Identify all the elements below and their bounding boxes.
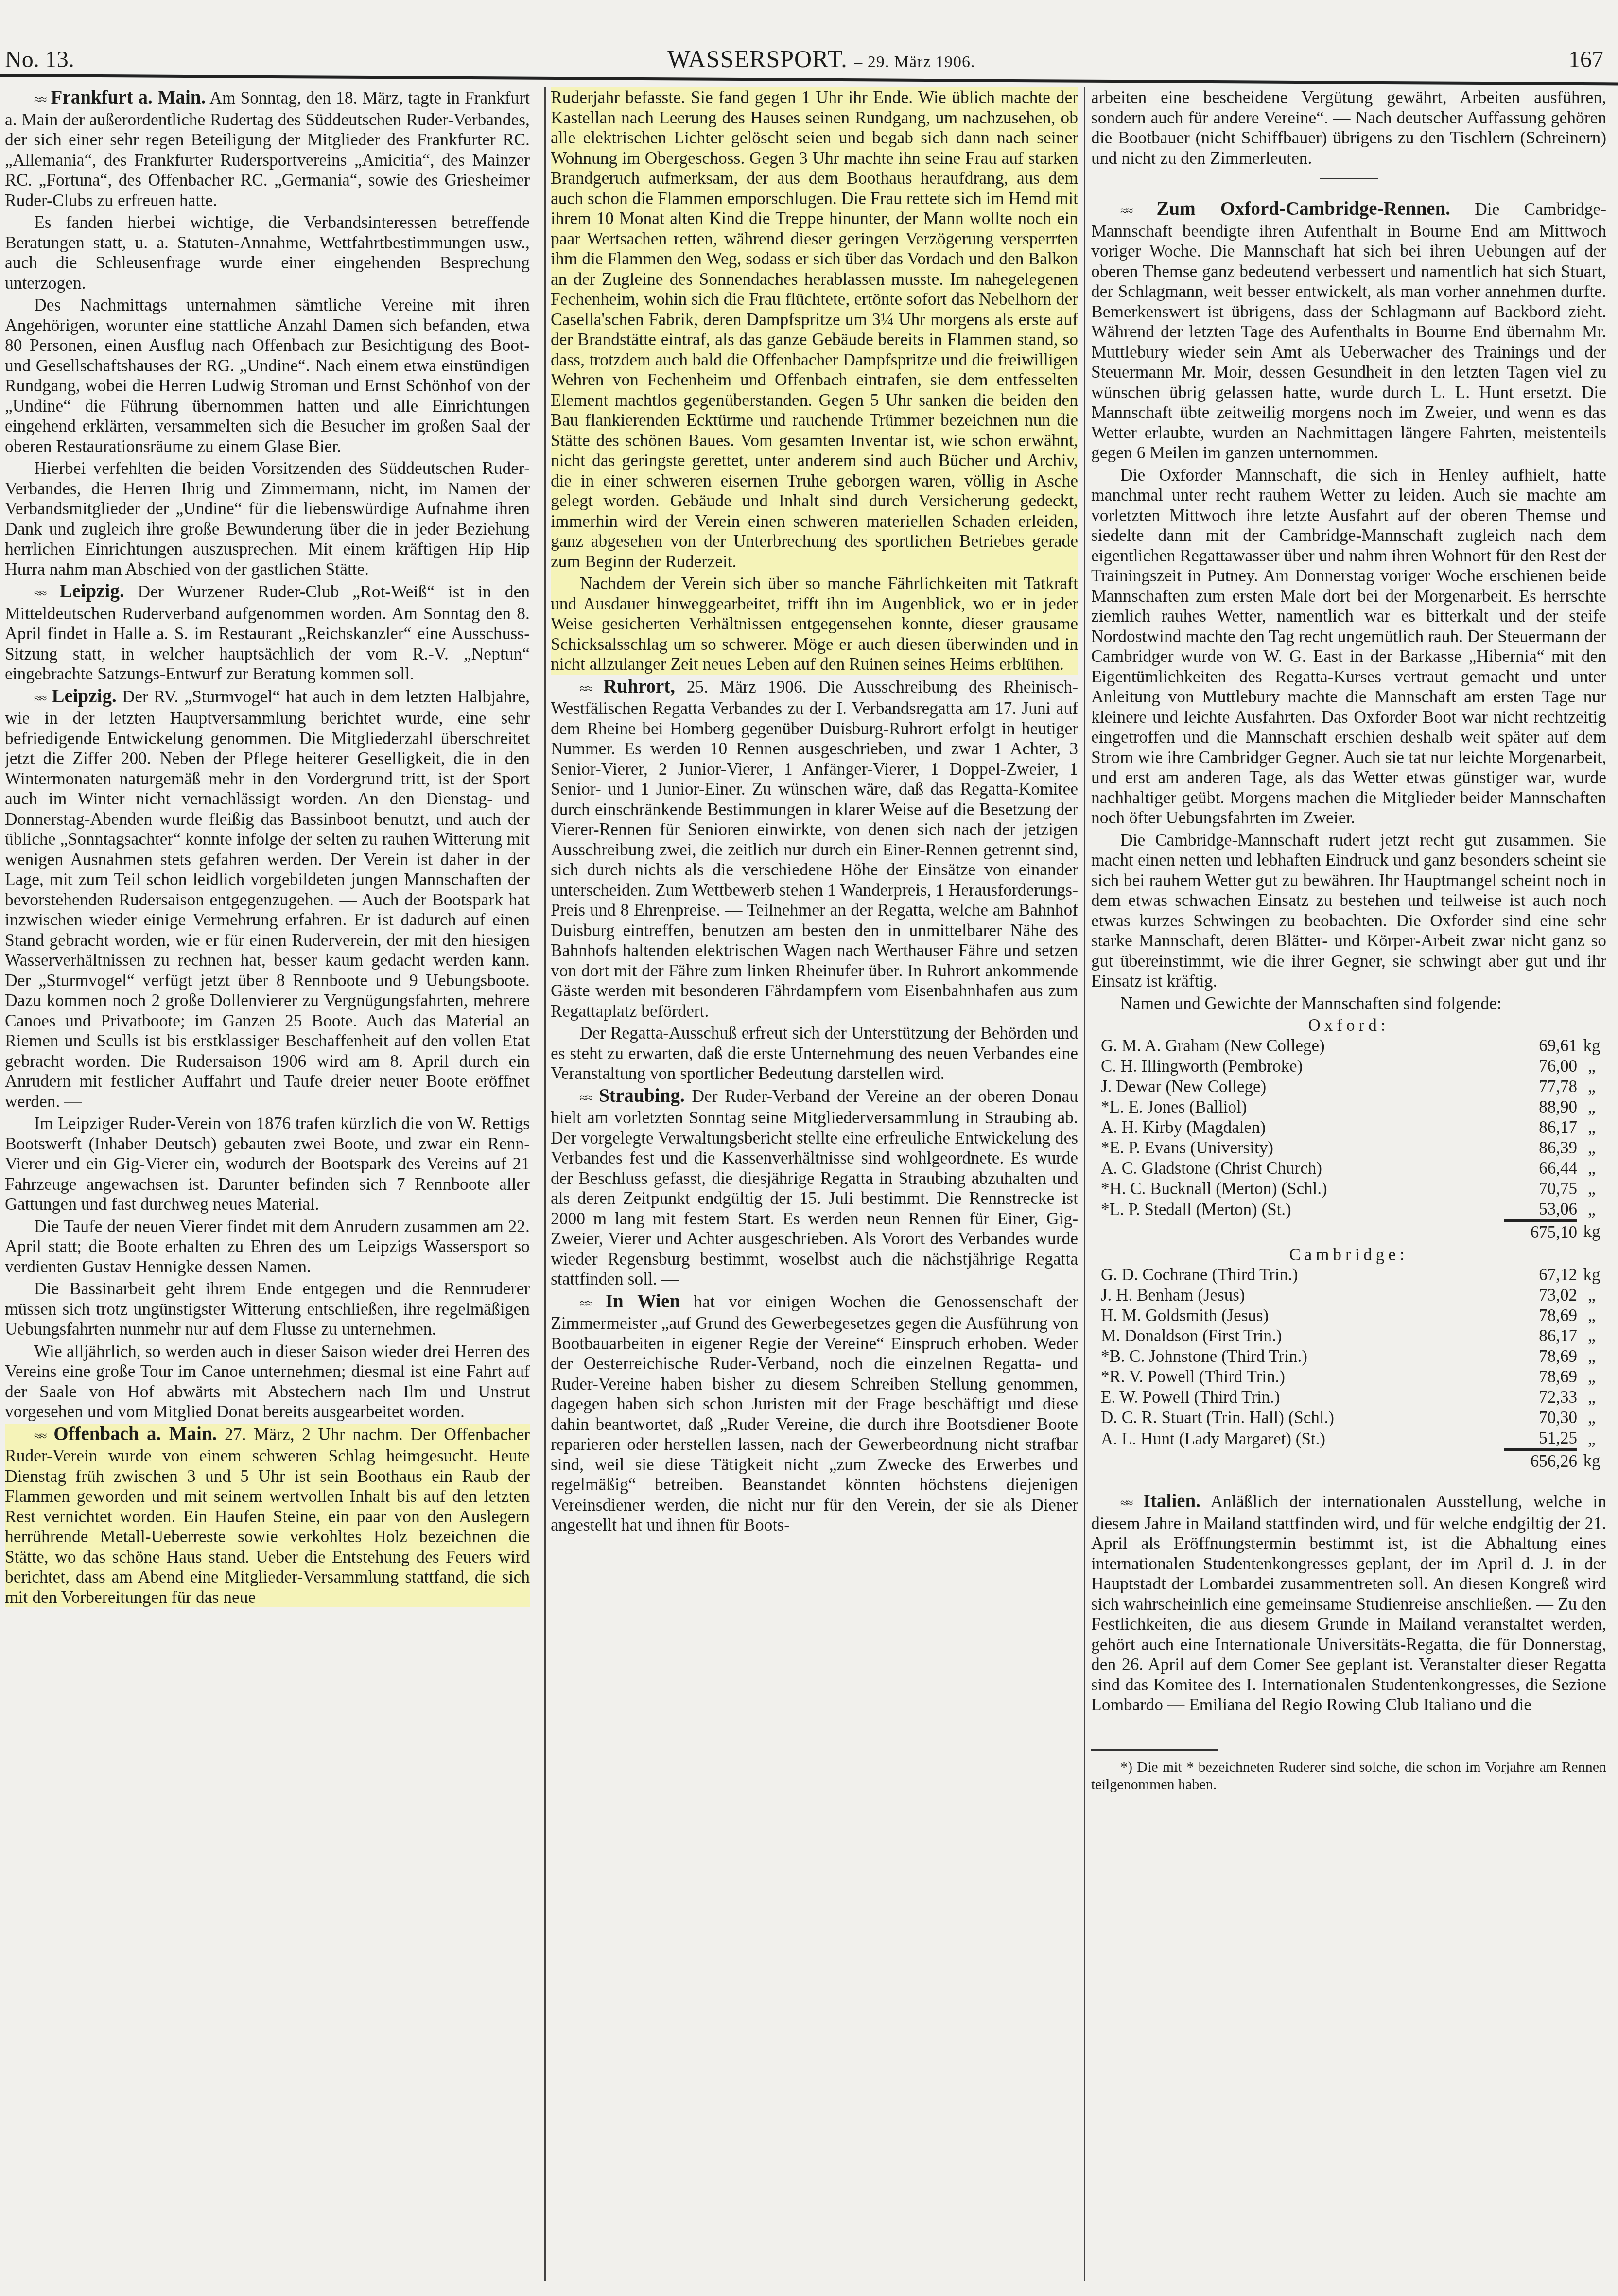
roster-row: G. M. A. Graham (New College)69,61kg	[1091, 1036, 1606, 1056]
rower-weight: 78,69	[1504, 1346, 1577, 1367]
weight-unit: „	[1577, 1138, 1606, 1158]
article-frankfurt: ≈≈ Frankfurt a. Main. Am Sonntag, den 18…	[5, 87, 530, 579]
roster-row: M. Donaldson (First Trin.)86,17„	[1091, 1326, 1606, 1346]
rower-name: *R. V. Powell (Third Trin.)	[1091, 1367, 1504, 1387]
article-heading: In Wien	[606, 1291, 680, 1312]
article-text: Wie alljährlich, so werden auch in diese…	[5, 1341, 530, 1422]
weight-unit: kg	[1577, 1265, 1606, 1285]
article-text: hat vor einigen Wochen die Genossenschaf…	[551, 1292, 1078, 1535]
rower-weight: 78,69	[1504, 1367, 1577, 1387]
rower-weight: 51,25	[1504, 1428, 1577, 1450]
article-text: 25. März 1906. Die Ausschreibung des Rhe…	[551, 677, 1078, 1021]
roster-team-name: Cambridge:	[1091, 1245, 1606, 1265]
rower-weight: 86,39	[1504, 1138, 1577, 1158]
weight-unit: kg	[1577, 1221, 1606, 1243]
section-marker-icon: ≈≈	[34, 92, 46, 106]
rower-name: H. M. Goldsmith (Jesus)	[1091, 1305, 1504, 1326]
weight-unit: „	[1577, 1097, 1606, 1117]
rower-name: *L. E. Jones (Balliol)	[1091, 1097, 1504, 1117]
article-text: Der Ruder-Verband der Vereine an der obe…	[551, 1086, 1078, 1289]
rower-name: *H. C. Bucknall (Merton) (Schl.)	[1091, 1179, 1504, 1199]
article-heading: Frankfurt a. Main.	[51, 87, 206, 108]
rower-weight: 86,17	[1504, 1326, 1577, 1346]
weight-unit: „	[1577, 1056, 1606, 1077]
article-heading: Offenbach a. Main.	[53, 1424, 217, 1444]
article-text: Die Taufe der neuen Vierer findet mit de…	[5, 1217, 530, 1277]
masthead: WASSERSPORT. – 29. März 1906.	[667, 45, 975, 73]
issue-date: – 29. März 1906.	[854, 53, 975, 71]
weight-unit: „	[1577, 1428, 1606, 1450]
section-divider	[1320, 178, 1378, 179]
rower-weight: 78,69	[1504, 1305, 1577, 1326]
weight-unit: „	[1577, 1117, 1606, 1138]
rower-name: G. M. A. Graham (New College)	[1091, 1036, 1504, 1056]
rower-weight: 67,12	[1504, 1265, 1577, 1285]
roster-row: *R. V. Powell (Third Trin.)78,69„	[1091, 1367, 1606, 1387]
roster-total: 656,26	[1504, 1450, 1577, 1472]
rower-weight: 77,78	[1504, 1077, 1577, 1097]
roster-row: G. D. Cochrane (Third Trin.)67,12kg	[1091, 1265, 1606, 1285]
roster-total-row: 656,26kg	[1091, 1450, 1606, 1472]
article-text: Nachdem der Verein sich über so manche F…	[551, 574, 1078, 675]
rower-name: D. C. R. Stuart (Trin. Hall) (Schl.)	[1091, 1408, 1504, 1428]
article-text: Die Oxforder Mannschaft, die sich in Hen…	[1091, 465, 1606, 828]
rower-name: G. D. Cochrane (Third Trin.)	[1091, 1265, 1504, 1285]
article-offenbach-highlighted: ≈≈ Offenbach a. Main. 27. März, 2 Uhr na…	[5, 1424, 530, 1608]
article-text: 27. März, 2 Uhr nachm. Der Offenbacher R…	[5, 1425, 530, 1607]
rower-weight: 76,00	[1504, 1056, 1577, 1077]
rower-name: A. C. Gladstone (Christ Church)	[1091, 1158, 1504, 1179]
rower-weight: 69,61	[1504, 1036, 1577, 1056]
column-2: Ruderjahr befasste. Sie fand gegen 1 Uhr…	[544, 87, 1078, 2281]
article-offenbach-continued-highlighted: Ruderjahr befasste. Sie fand gegen 1 Uhr…	[551, 87, 1078, 675]
rower-name: J. Dewar (New College)	[1091, 1077, 1504, 1097]
roster-row: *B. C. Johnstone (Third Trin.)78,69„	[1091, 1346, 1606, 1367]
weight-unit: kg	[1577, 1036, 1606, 1056]
article-wien-continued: arbeiten eine bescheidene Vergütung gewä…	[1091, 87, 1606, 168]
rower-weight: 88,90	[1504, 1097, 1577, 1117]
weight-unit: „	[1577, 1408, 1606, 1428]
weight-unit: „	[1577, 1199, 1606, 1221]
article-heading: Ruhrort,	[603, 676, 675, 697]
article-text: Ruderjahr befasste. Sie fand gegen 1 Uhr…	[551, 87, 1078, 572]
roster-total: 675,10	[1504, 1221, 1577, 1243]
roster-table: G. D. Cochrane (Third Trin.)67,12kgJ. H.…	[1091, 1265, 1606, 1472]
article-italien: ≈≈ Italien. Anläßlich der internationale…	[1091, 1491, 1606, 1715]
weight-unit: „	[1577, 1326, 1606, 1346]
empty-cell	[1091, 1221, 1504, 1243]
article-heading: Italien.	[1143, 1491, 1200, 1512]
rower-name: A. H. Kirby (Magdalen)	[1091, 1117, 1504, 1138]
rower-name: M. Donaldson (First Trin.)	[1091, 1326, 1504, 1346]
roster-row: A. L. Hunt (Lady Margaret) (St.)51,25„	[1091, 1428, 1606, 1450]
roster-row: *E. P. Evans (University)86,39„	[1091, 1138, 1606, 1158]
weight-unit: „	[1577, 1346, 1606, 1367]
article-heading: Leipzig.	[52, 686, 116, 707]
roster-row: H. M. Goldsmith (Jesus)78,69„	[1091, 1305, 1606, 1326]
section-marker-icon: ≈≈	[580, 1296, 592, 1310]
article-leipzig-rotweiss: ≈≈ Leipzig. Der Wurzener Ruder-Club „Rot…	[5, 581, 530, 684]
section-marker-icon: ≈≈	[1120, 204, 1132, 218]
rower-weight: 66,44	[1504, 1158, 1577, 1179]
rower-name: *L. P. Stedall (Merton) (St.)	[1091, 1199, 1504, 1221]
rower-weight: 70,75	[1504, 1179, 1577, 1199]
column-1: ≈≈ Frankfurt a. Main. Am Sonntag, den 18…	[5, 87, 530, 2281]
roster-row: A. H. Kirby (Magdalen)86,17„	[1091, 1117, 1606, 1138]
rower-weight: 86,17	[1504, 1117, 1577, 1138]
footnote-rule	[1091, 1749, 1218, 1751]
article-text: Der RV. „Sturmvogel“ hat auch in dem let…	[5, 687, 530, 1111]
masthead-title: WASSERSPORT.	[667, 45, 848, 72]
article-straubing: ≈≈ Straubing. Der Ruder-Verband der Vere…	[551, 1086, 1078, 1289]
rower-weight: 72,33	[1504, 1387, 1577, 1408]
weight-unit: „	[1577, 1367, 1606, 1387]
article-wien: ≈≈ In Wien hat vor einigen Wochen die Ge…	[551, 1291, 1078, 1535]
roster-oxford: Oxford: G. M. A. Graham (New College)69,…	[1091, 1015, 1606, 1243]
section-marker-icon: ≈≈	[580, 681, 592, 696]
roster-row: A. C. Gladstone (Christ Church)66,44„	[1091, 1158, 1606, 1179]
article-oxford-cambridge: ≈≈ Zum Oxford-Cambridge-Rennen. Die Camb…	[1091, 199, 1606, 1472]
article-text: Hierbei verfehlten die beiden Vorsitzend…	[5, 458, 530, 579]
roster-row: C. H. Illingworth (Pembroke)76,00„	[1091, 1056, 1606, 1077]
empty-cell	[1091, 1450, 1504, 1472]
roster-row: J. H. Benham (Jesus)73,02„	[1091, 1285, 1606, 1305]
section-marker-icon: ≈≈	[1120, 1496, 1132, 1510]
article-text: arbeiten eine bescheidene Vergütung gewä…	[1091, 87, 1606, 168]
roster-table: G. M. A. Graham (New College)69,61kgC. H…	[1091, 1036, 1606, 1243]
roster-row: E. W. Powell (Third Trin.)72,33„	[1091, 1387, 1606, 1408]
page-header: No. 13. WASSERSPORT. – 29. März 1906. 16…	[5, 34, 1613, 73]
column-3: arbeiten eine bescheidene Vergütung gewä…	[1084, 87, 1606, 2281]
footnote: *) Die mit * bezeichneten Ruderer sind s…	[1091, 1758, 1606, 1793]
roster-row: D. C. R. Stuart (Trin. Hall) (Schl.)70,3…	[1091, 1408, 1606, 1428]
weight-unit: „	[1577, 1387, 1606, 1408]
rower-name: *E. P. Evans (University)	[1091, 1138, 1504, 1158]
weight-unit: kg	[1577, 1450, 1606, 1472]
section-marker-icon: ≈≈	[580, 1091, 592, 1105]
article-text: Des Nachmittags unternahmen sämtliche Ve…	[5, 295, 530, 456]
rower-name: J. H. Benham (Jesus)	[1091, 1285, 1504, 1305]
article-heading: Zum Oxford-Cambridge-Rennen.	[1157, 198, 1451, 219]
weight-unit: „	[1577, 1158, 1606, 1179]
page-number: 167	[1568, 46, 1613, 73]
rower-weight: 70,30	[1504, 1408, 1577, 1428]
article-text: Es fanden hierbei wichtige, die Verbands…	[5, 212, 530, 293]
roster-cambridge: Cambridge: G. D. Cochrane (Third Trin.)6…	[1091, 1245, 1606, 1472]
article-text: Im Leipziger Ruder-Verein von 1876 trafe…	[5, 1113, 530, 1215]
article-text: Der Regatta-Ausschuß erfreut sich der Un…	[551, 1023, 1078, 1084]
rower-name: *B. C. Johnstone (Third Trin.)	[1091, 1346, 1504, 1367]
newspaper-page: No. 13. WASSERSPORT. – 29. März 1906. 16…	[0, 0, 1618, 2296]
section-marker-icon: ≈≈	[34, 1429, 46, 1443]
rower-name: C. H. Illingworth (Pembroke)	[1091, 1056, 1504, 1077]
section-marker-icon: ≈≈	[34, 691, 46, 705]
header-rule	[0, 74, 1618, 85]
roster-row: *L. E. Jones (Balliol)88,90„	[1091, 1097, 1606, 1117]
article-text: Die Cambridge-Mannschaft beendigte ihren…	[1091, 199, 1606, 462]
issue-number: No. 13.	[5, 46, 74, 73]
rower-weight: 53,06	[1504, 1199, 1577, 1221]
roster-team-name: Oxford:	[1091, 1015, 1606, 1036]
weight-unit: „	[1577, 1077, 1606, 1097]
article-heading: Straubing.	[599, 1085, 685, 1106]
roster-row: *H. C. Bucknall (Merton) (Schl.)70,75„	[1091, 1179, 1606, 1199]
roster-total-row: 675,10kg	[1091, 1221, 1606, 1243]
rower-weight: 73,02	[1504, 1285, 1577, 1305]
rower-name: A. L. Hunt (Lady Margaret) (St.)	[1091, 1428, 1504, 1450]
article-heading: Leipzig.	[59, 581, 124, 602]
article-text: Die Cambridge-Mannschaft rudert jetzt re…	[1091, 830, 1606, 991]
roster-row: J. Dewar (New College)77,78„	[1091, 1077, 1606, 1097]
weight-unit: „	[1577, 1285, 1606, 1305]
article-text: Die Bassinarbeit geht ihrem Ende entgege…	[5, 1279, 530, 1339]
article-text: Namen und Gewichte der Mannschaften sind…	[1091, 993, 1606, 1014]
article-text: Anläßlich der internationalen Ausstellun…	[1091, 1492, 1606, 1714]
roster-row: *L. P. Stedall (Merton) (St.)53,06„	[1091, 1199, 1606, 1221]
weight-unit: „	[1577, 1179, 1606, 1199]
rower-name: E. W. Powell (Third Trin.)	[1091, 1387, 1504, 1408]
weight-unit: „	[1577, 1305, 1606, 1326]
article-leipzig-sturmvogel: ≈≈ Leipzig. Der RV. „Sturmvogel“ hat auc…	[5, 686, 530, 1422]
article-ruhrort: ≈≈ Ruhrort, 25. März 1906. Die Ausschrei…	[551, 677, 1078, 1084]
section-marker-icon: ≈≈	[34, 586, 46, 600]
